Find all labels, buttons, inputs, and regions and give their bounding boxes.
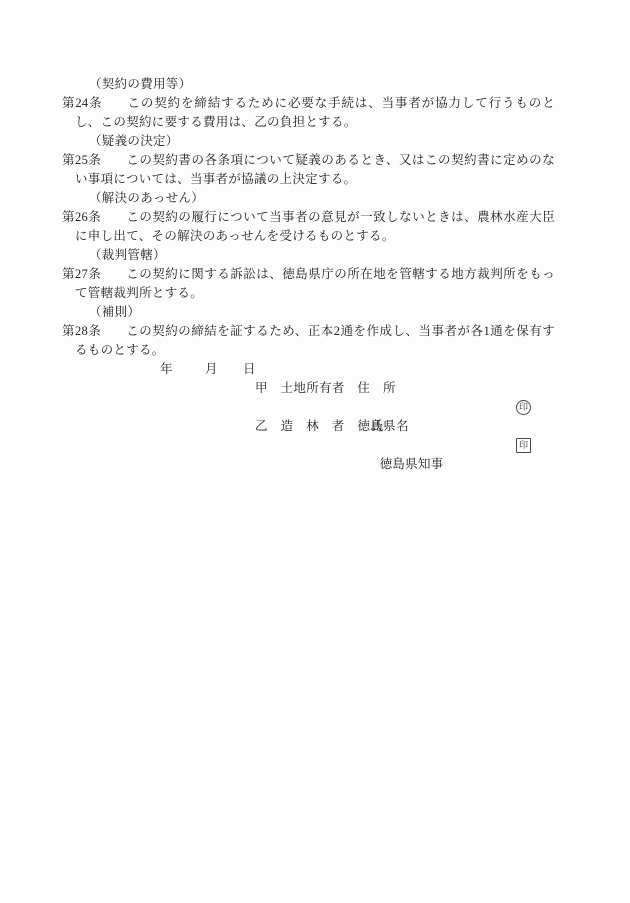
party-b-title-line: 徳島県知事 印 (359, 436, 555, 455)
article-27: 第27条この契約に関する訴訟は、徳島県庁の所在地を管轄する地方裁判所をもって管轄… (62, 265, 555, 303)
article-25-text: この契約書の各条項について疑義のあるとき、又はこの契約書に定めのない事項について… (75, 153, 555, 186)
party-a-role-line: 甲 土地所有者 住 所 (255, 379, 555, 398)
month-label: 月 (205, 360, 218, 379)
year-label: 年 (160, 360, 173, 379)
party-b-role-line: 乙 造 林 者 徳島県 (255, 417, 555, 436)
seal-box-icon: 印 (516, 438, 531, 453)
article-24-text: この契約を締結するために必要な手続は、当事者が協力して行うものとし、この契約に要… (75, 96, 555, 129)
contract-body: （契約の費用等） 第24条この契約を締結するために必要な手続は、当事者が協力して… (62, 75, 555, 455)
article-27-text: この契約に関する訴訟は、徳島県庁の所在地を管轄する地方裁判所をもって管轄裁判所と… (75, 267, 555, 300)
article-25-number: 第25条 (62, 153, 101, 167)
day-label: 日 (243, 360, 256, 379)
section-heading-costs: （契約の費用等） (89, 75, 555, 94)
article-26-number: 第26条 (62, 210, 101, 224)
article-28-number: 第28条 (62, 324, 101, 338)
party-a-role-text: 甲 土地所有者 住 所 (255, 381, 396, 395)
article-28-text: この契約の締結を証するため、正本2通を作成し、当事者が各1通を保有するものとする… (75, 324, 555, 357)
party-b-role-text: 乙 造 林 者 徳島県 (255, 419, 396, 433)
article-24-number: 第24条 (62, 96, 102, 110)
section-heading-doubts: （疑義の決定） (89, 132, 555, 151)
article-24: 第24条この契約を締結するために必要な手続は、当事者が協力して行うものとし、この… (62, 94, 555, 132)
seal-circle-icon: 印 (516, 400, 531, 415)
party-a-name-line: 氏 名 印 (350, 398, 555, 417)
article-27-number: 第27条 (62, 267, 101, 281)
party-b-title-text: 徳島県知事 (380, 457, 444, 471)
contract-document-page: （契約の費用等） 第24条この契約を締結するために必要な手続は、当事者が協力して… (0, 0, 630, 903)
article-28: 第28条この契約の締結を証するため、正本2通を作成し、当事者が各1通を保有するも… (62, 322, 555, 360)
section-heading-supplementary: （補則） (89, 303, 555, 322)
section-heading-jurisdiction: （裁判管轄） (89, 246, 555, 265)
section-heading-mediation: （解決のあっせん） (89, 189, 555, 208)
article-25: 第25条この契約書の各条項について疑義のあるとき、又はこの契約書に定めのない事項… (62, 151, 555, 189)
article-26-text: この契約の履行について当事者の意見が一致しないときは、農林水産大臣に申し出て、そ… (75, 210, 555, 243)
date-line: 年 月 日 (62, 360, 555, 379)
article-26: 第26条この契約の履行について当事者の意見が一致しないときは、農林水産大臣に申し… (62, 208, 555, 246)
